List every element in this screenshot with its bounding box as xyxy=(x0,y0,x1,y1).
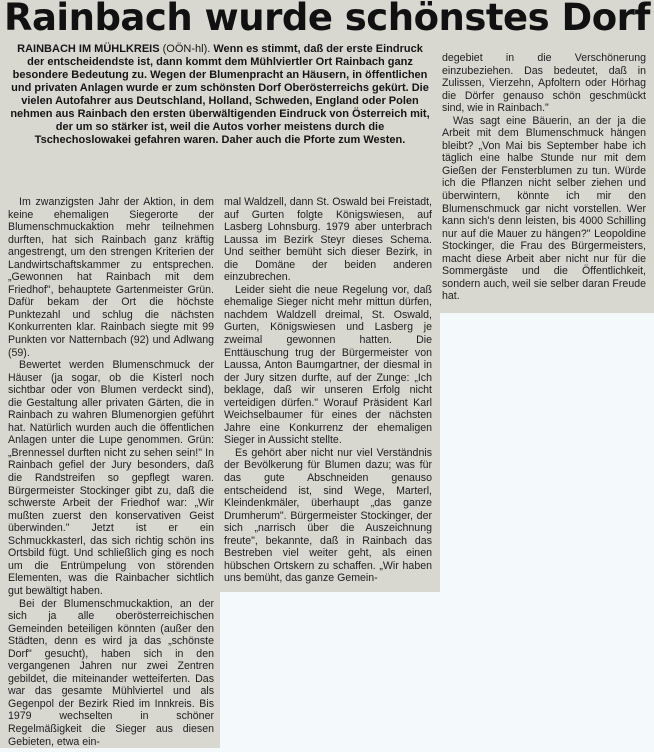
paragraph: Was sagt eine Bäuerin, an der ja die Arb… xyxy=(442,115,646,303)
article-lead: RAINBACH IM MÜHLKREIS (OÖN-hl). Wenn es … xyxy=(8,43,432,147)
article-column-3: degebiet in die Verschönerung einzubezie… xyxy=(442,52,646,303)
paragraph: Im zwanzigsten Jahr der Aktion, in dem k… xyxy=(8,196,214,359)
dateline-agency: (OÖN-hl). xyxy=(160,43,214,55)
paragraph: mal Waldzell, dann St. Oswald bei Freist… xyxy=(224,196,432,284)
paragraph: Bewertet werden Blumenschmuck der Häuser… xyxy=(8,359,214,597)
article-headline: Rainbach wurde schönstes Dorf xyxy=(0,0,654,39)
paragraph: degebiet in die Verschönerung einzubezie… xyxy=(442,52,646,115)
dateline-place: RAINBACH IM MÜHLKREIS xyxy=(17,43,159,55)
article-column-2: mal Waldzell, dann St. Oswald bei Freist… xyxy=(224,196,432,585)
article-column-1: Im zwanzigsten Jahr der Aktion, in dem k… xyxy=(8,196,214,748)
lead-text: Wenn es stimmt, daß der erste Eindruck d… xyxy=(10,43,429,146)
paragraph: Es gehört aber nicht nur viel Verständni… xyxy=(224,447,432,585)
paragraph: Bei der Blumenschmuckaktion, an der sich… xyxy=(8,598,214,749)
paragraph: Leider sieht die neue Regelung vor, daß … xyxy=(224,284,432,447)
